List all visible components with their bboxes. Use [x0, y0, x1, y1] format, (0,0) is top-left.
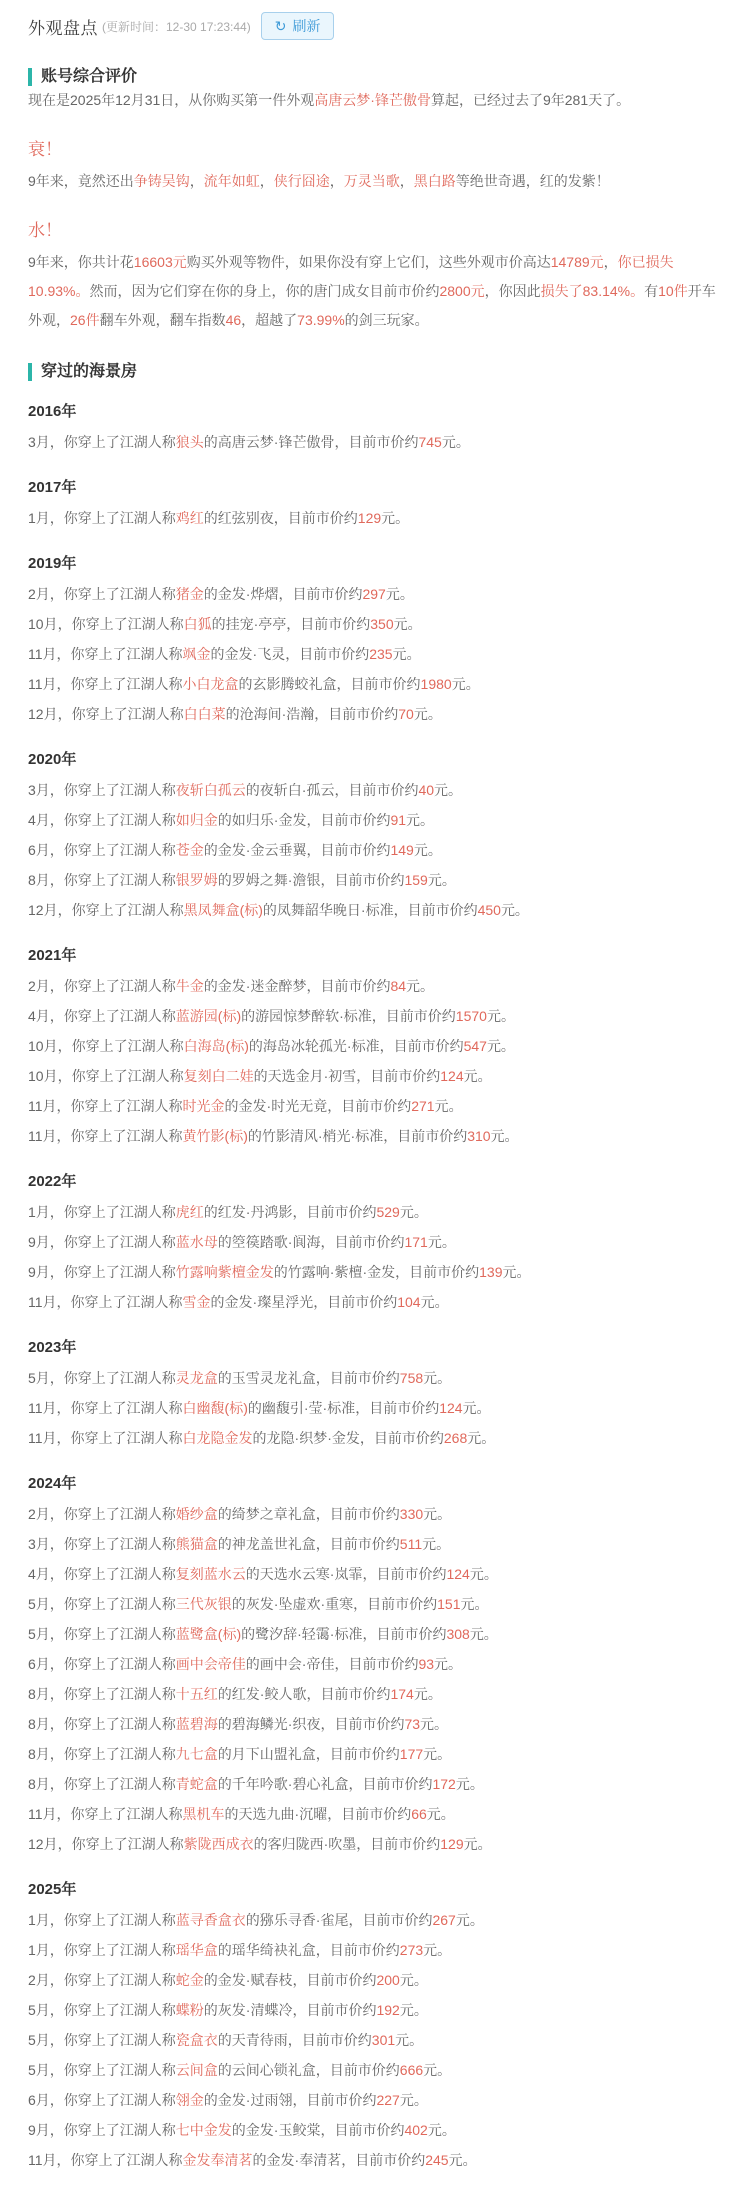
- item-name: 箜篌踏歌·阆海: [232, 1234, 321, 1250]
- item-price: 174: [390, 1686, 413, 1702]
- item-price: 172: [432, 1776, 455, 1792]
- year-section: 2019年2月，你穿上了江湖人称猪金的金发·烨熠，目前市价约297元。10月，你…: [28, 554, 728, 729]
- verdict-text: 购买外观等物件，如果你没有穿上它们，这些外观市价高达: [187, 254, 551, 270]
- item-alias: 七中金发: [176, 2122, 232, 2138]
- section-heading-wardrobe: 穿过的海景房: [28, 363, 728, 381]
- item-text: ，你穿上了江湖人称: [50, 586, 176, 602]
- item-row: 2月，你穿上了江湖人称猪金的金发·烨熠，目前市价约297元。: [28, 579, 728, 609]
- verdict-highlight: 73.99%: [297, 312, 344, 328]
- item-text: ，你穿上了江湖人称: [50, 1596, 176, 1612]
- item-alias: 雪金: [183, 1294, 211, 1310]
- item-text: ，你穿上了江湖人称: [50, 1566, 176, 1582]
- item-alias: 黑凤舞盒(标): [184, 902, 263, 918]
- item-text: ，你穿上了江湖人称: [50, 2032, 176, 2048]
- item-alias: 灵龙盒: [176, 1370, 218, 1386]
- item-row: 2月，你穿上了江湖人称牛金的金发·迷金醉梦，目前市价约84元。: [28, 971, 728, 1001]
- item-text: ，你穿上了江湖人称: [50, 1008, 176, 1024]
- item-price: 200: [376, 1972, 399, 1988]
- item-text: 元。: [406, 978, 434, 994]
- item-text: ，你穿上了江湖人称: [50, 1264, 176, 1280]
- item-alias: 牛金: [176, 978, 204, 994]
- item-text: 的: [225, 1806, 239, 1822]
- item-text: ，你穿上了江湖人称: [50, 510, 176, 526]
- item-row: 8月，你穿上了江湖人称十五红的红发·鲛人歌，目前市价约174元。: [28, 1679, 728, 1709]
- item-name: 月下山盟礼盒: [232, 1746, 316, 1762]
- item-text: 元。: [487, 1038, 515, 1054]
- item-name: 千年吟歌·碧心礼盒: [232, 1776, 349, 1792]
- item-month: 5月: [28, 1370, 50, 1386]
- item-month: 3月: [28, 782, 50, 798]
- item-month: 8月: [28, 1686, 50, 1702]
- item-month: 11月: [28, 1400, 57, 1416]
- item-text: ，你穿上了江湖人称: [50, 1942, 176, 1958]
- item-alias: 猪金: [176, 586, 204, 602]
- item-text: 的: [263, 902, 277, 918]
- item-month: 4月: [28, 1008, 50, 1024]
- item-name: 如归乐·金发: [232, 812, 307, 828]
- verdict-title: 水！: [28, 220, 728, 242]
- item-price: 301: [372, 2032, 395, 2048]
- item-month: 8月: [28, 872, 50, 888]
- item-text: ，你穿上了江湖人称: [57, 1128, 183, 1144]
- item-text: ，目前市价约: [383, 1128, 467, 1144]
- item-name: 鹭汐辞·轻霭·标准: [255, 1626, 362, 1642]
- item-text: 的: [204, 586, 218, 602]
- item-text: ，目前市价约: [314, 706, 398, 722]
- item-price: 402: [404, 2122, 427, 2138]
- item-text: 的: [212, 616, 226, 632]
- item-alias: 虎红: [176, 1204, 204, 1220]
- item-text: 元。: [467, 1430, 495, 1446]
- item-text: 元。: [395, 2032, 423, 2048]
- year-section: 2024年2月，你穿上了江湖人称婚纱盒的绮梦之章礼盒，目前市价约330元。3月，…: [28, 1474, 728, 1859]
- item-name: 夜斩白·孤云: [260, 782, 335, 798]
- verdict-highlight: 16603元: [134, 254, 187, 270]
- item-alias: 复刻白二娃: [184, 1068, 254, 1084]
- item-name: 红发·鲛人歌: [232, 1686, 307, 1702]
- item-text: 的: [218, 1234, 232, 1250]
- item-text: ，目前市价约: [353, 1596, 437, 1612]
- item-text: 元。: [456, 1912, 484, 1928]
- item-alias: 复刻蓝水云: [176, 1566, 246, 1582]
- item-text: 元。: [501, 902, 529, 918]
- item-alias: 蝶粉: [176, 2002, 204, 2018]
- item-text: 元。: [428, 1234, 456, 1250]
- item-month: 1月: [28, 1912, 50, 1928]
- intro-text: 算起，已经过去了9年281天了。: [431, 92, 630, 108]
- item-text: 元。: [400, 1204, 428, 1220]
- item-text: 的: [232, 2122, 246, 2138]
- item-alias: 黑机车: [183, 1806, 225, 1822]
- item-text: ，目前市价约: [380, 1038, 464, 1054]
- item-text: ，你穿上了江湖人称: [50, 872, 176, 888]
- item-text: ，目前市价约: [320, 2122, 404, 2138]
- item-month: 3月: [28, 434, 50, 450]
- item-text: 的: [246, 782, 260, 798]
- item-text: 的: [218, 1942, 232, 1958]
- item-text: 元。: [414, 842, 442, 858]
- item-row: 2月，你穿上了江湖人称蛇金的金发·赋春枝，目前市价约200元。: [28, 1965, 728, 1995]
- item-text: ，目前市价约: [292, 1204, 376, 1220]
- item-text: ，目前市价约: [274, 510, 358, 526]
- item-price: 245: [425, 2152, 448, 2168]
- item-month: 9月: [28, 1264, 50, 1280]
- item-price: 350: [370, 616, 393, 632]
- item-text: 元。: [420, 1716, 448, 1732]
- item-name: 红弦别夜: [218, 510, 274, 526]
- item-text: ，你穿上了江湖人称: [50, 1204, 176, 1220]
- item-row: 5月，你穿上了江湖人称云间盒的云间心锁礼盒，目前市价约666元。: [28, 2055, 728, 2085]
- item-text: 元。: [422, 1536, 450, 1552]
- item-alias: 翎金: [176, 2092, 204, 2108]
- item-text: ，目前市价约: [356, 1068, 440, 1084]
- item-text: 的: [232, 1596, 246, 1612]
- verdict-blocks: 衰！9年来，竟然还出争铸吴钩，流年如虹，侠行囧途，万灵当歌，黑白路等绝世奇遇，红…: [28, 139, 728, 335]
- item-name: 金发·奉清茗: [267, 2152, 342, 2168]
- item-text: ，目前市价约: [320, 872, 404, 888]
- item-alias: 瑶华盒: [176, 1942, 218, 1958]
- item-row: 11月，你穿上了江湖人称时光金的金发·时光无竟，目前市价约271元。: [28, 1091, 728, 1121]
- verdict-text: ，: [190, 173, 204, 189]
- item-alias: 三代灰银: [176, 1596, 232, 1612]
- item-text: 的: [218, 1686, 232, 1702]
- item-text: ，你穿上了江湖人称: [50, 2062, 176, 2078]
- item-alias: 鸡红: [176, 510, 204, 526]
- item-alias: 蓝鹭盒(标): [176, 1626, 241, 1642]
- item-text: ，你穿上了江湖人称: [57, 1294, 183, 1310]
- item-price: 235: [369, 646, 392, 662]
- item-price: 40: [418, 782, 434, 798]
- item-text: 的: [218, 1746, 232, 1762]
- item-text: 的: [204, 510, 218, 526]
- item-text: 的: [246, 1912, 260, 1928]
- item-month: 9月: [28, 1234, 50, 1250]
- year-section: 2020年3月，你穿上了江湖人称夜斩白孤云的夜斩白·孤云，目前市价约40元。4月…: [28, 750, 728, 925]
- verdict-highlight: 10件: [658, 283, 688, 299]
- item-alias: 白狐: [184, 616, 212, 632]
- item-name: 金发·时光无竟: [239, 1098, 328, 1114]
- item-price: 1570: [456, 1008, 487, 1024]
- item-row: 5月，你穿上了江湖人称蝶粉的灰发·清蝶冷，目前市价约192元。: [28, 1995, 728, 2025]
- item-alias: 白幽馥(标): [183, 1400, 248, 1416]
- item-text: ，目前市价约: [334, 434, 418, 450]
- item-name: 玉雪灵龙礼盒: [232, 1370, 316, 1386]
- verdict-title: 衰！: [28, 139, 728, 161]
- item-alias: 蓝水母: [176, 1234, 218, 1250]
- item-alias: 狼头: [176, 434, 204, 450]
- item-text: ，你穿上了江湖人称: [50, 1686, 176, 1702]
- item-price: 73: [404, 1716, 420, 1732]
- item-text: 元。: [470, 1626, 498, 1642]
- verdict-highlight: 黑白路: [414, 173, 456, 189]
- item-name: 神龙盖世礼盒: [232, 1536, 316, 1552]
- item-text: 元。: [487, 1008, 515, 1024]
- item-name: 天选金月·初雪: [268, 1068, 357, 1084]
- item-month: 12月: [28, 1836, 58, 1852]
- item-price: 171: [404, 1234, 427, 1250]
- item-price: 1980: [421, 676, 452, 692]
- verdict-text: ，: [400, 173, 414, 189]
- item-row: 12月，你穿上了江湖人称紫陇西成衣的客归陇西·吹墨，目前市价约129元。: [28, 1829, 728, 1859]
- item-text: 的: [274, 1264, 288, 1280]
- item-month: 11月: [28, 1430, 57, 1446]
- item-text: ，目前市价约: [348, 1776, 432, 1792]
- item-text: ，你穿上了江湖人称: [57, 1400, 183, 1416]
- item-text: 元。: [423, 1370, 451, 1386]
- item-text: 元。: [393, 646, 421, 662]
- item-text: 的: [253, 2152, 267, 2168]
- item-text: 的: [253, 1430, 267, 1446]
- verdict-highlight: 14789元: [551, 254, 604, 270]
- item-text: ，目前市价约: [288, 2032, 372, 2048]
- item-row: 9月，你穿上了江湖人称竹露响紫檀金发的竹露响·紫檀·金发，目前市价约139元。: [28, 1257, 728, 1287]
- refresh-label: 刷新: [292, 16, 320, 36]
- item-row: 9月，你穿上了江湖人称七中金发的金发·玉鲛棠，目前市价约402元。: [28, 2115, 728, 2145]
- item-text: ，目前市价约: [348, 1912, 432, 1928]
- verdict-text: 的剑三玩家。: [345, 312, 429, 328]
- item-month: 6月: [28, 2092, 50, 2108]
- item-month: 4月: [28, 812, 50, 828]
- item-alias: 银罗姆: [176, 872, 218, 888]
- item-row: 6月，你穿上了江湖人称翎金的金发·过雨翎，目前市价约227元。: [28, 2085, 728, 2115]
- item-name: 客归陇西·吹墨: [268, 1836, 357, 1852]
- item-price: 177: [400, 1746, 423, 1762]
- year-heading: 2023年: [28, 1338, 728, 1358]
- item-text: ，目前市价约: [341, 2152, 425, 2168]
- item-alias: 时光金: [183, 1098, 225, 1114]
- verdict-text: ，: [330, 173, 344, 189]
- item-text: ，目前市价约: [334, 1656, 418, 1672]
- item-price: 273: [400, 1942, 423, 1958]
- item-text: ，你穿上了江湖人称: [50, 1506, 176, 1522]
- item-name: 龙隐·织梦·金发: [267, 1430, 360, 1446]
- titlebar: 外观盘点 (更新时间：12-30 17:23:44) ↻ 刷新: [28, 12, 728, 40]
- year-section: 2021年2月，你穿上了江湖人称牛金的金发·迷金醉梦，目前市价约84元。4月，你…: [28, 946, 728, 1151]
- item-month: 8月: [28, 1776, 50, 1792]
- year-heading: 2020年: [28, 750, 728, 770]
- update-time: (更新时间：12-30 17:23:44): [102, 18, 251, 35]
- item-text: 的: [254, 1068, 268, 1084]
- item-price: 104: [397, 1294, 420, 1310]
- item-text: ，目前市价约: [360, 1430, 444, 1446]
- item-text: ，你穿上了江湖人称: [58, 706, 184, 722]
- item-month: 10月: [28, 616, 58, 632]
- item-text: 的: [204, 2092, 218, 2108]
- item-month: 8月: [28, 1746, 50, 1762]
- item-price: 129: [440, 1836, 463, 1852]
- item-text: ，你穿上了江湖人称: [50, 812, 176, 828]
- item-price: 93: [418, 1656, 434, 1672]
- item-row: 11月，你穿上了江湖人称雪金的金发·璨星浮光，目前市价约104元。: [28, 1287, 728, 1317]
- item-price: 330: [400, 1506, 423, 1522]
- year-heading: 2019年: [28, 554, 728, 574]
- item-row: 8月，你穿上了江湖人称银罗姆的罗姆之舞·澹银，目前市价约159元。: [28, 865, 728, 895]
- item-row: 11月，你穿上了江湖人称黑机车的天选九曲·沉曜，目前市价约66元。: [28, 1799, 728, 1829]
- item-name: 挂宠·亭亭: [226, 616, 287, 632]
- item-row: 12月，你穿上了江湖人称白白菜的沧海间·浩瀚，目前市价约70元。: [28, 699, 728, 729]
- item-text: 的: [204, 434, 218, 450]
- item-name: 猕乐寻香·雀尾: [260, 1912, 349, 1928]
- appearance-report-page: 外观盘点 (更新时间：12-30 17:23:44) ↻ 刷新 账号综合评价 现…: [0, 0, 756, 2203]
- item-month: 5月: [28, 1626, 50, 1642]
- item-month: 11月: [28, 646, 57, 662]
- item-text: 的: [218, 812, 232, 828]
- item-row: 8月，你穿上了江湖人称青蛇盒的千年吟歌·碧心礼盒，目前市价约172元。: [28, 1769, 728, 1799]
- item-alias: 蓝游园(标): [176, 1008, 241, 1024]
- item-price: 151: [437, 1596, 460, 1612]
- item-month: 11月: [28, 1098, 57, 1114]
- item-text: 元。: [381, 510, 409, 526]
- item-text: ，你穿上了江湖人称: [50, 1716, 176, 1732]
- item-text: ，目前市价约: [316, 1942, 400, 1958]
- item-text: 元。: [502, 1264, 530, 1280]
- item-text: ，你穿上了江湖人称: [50, 1536, 176, 1552]
- item-row: 9月，你穿上了江湖人称蓝水母的箜篌踏歌·阆海，目前市价约171元。: [28, 1227, 728, 1257]
- item-price: 129: [358, 510, 381, 526]
- item-row: 8月，你穿上了江湖人称蓝碧海的碧海鳞光·织夜，目前市价约73元。: [28, 1709, 728, 1739]
- item-text: 的: [248, 1128, 262, 1144]
- item-text: ，你穿上了江湖人称: [50, 1746, 176, 1762]
- item-text: ，你穿上了江湖人称: [50, 2122, 176, 2138]
- verdict-paragraph: 9年来，竟然还出争铸吴钩，流年如虹，侠行囧途，万灵当歌，黑白路等绝世奇遇，红的发…: [28, 167, 728, 196]
- item-text: ，目前市价约: [306, 1686, 390, 1702]
- item-text: ，目前市价约: [337, 676, 421, 692]
- verdict-highlight: 流年如虹: [204, 173, 260, 189]
- item-text: 元。: [427, 1806, 455, 1822]
- item-row: 10月，你穿上了江湖人称白狐的挂宠·亭亭，目前市价约350元。: [28, 609, 728, 639]
- item-text: ，目前市价约: [316, 1370, 400, 1386]
- item-month: 12月: [28, 706, 58, 722]
- item-row: 4月，你穿上了江湖人称蓝游园(标)的游园惊梦醉软·标准，目前市价约1570元。: [28, 1001, 728, 1031]
- item-row: 6月，你穿上了江湖人称画中会帝佳的画中会·帝佳，目前市价约93元。: [28, 1649, 728, 1679]
- item-text: 的: [204, 1204, 218, 1220]
- year-heading: 2017年: [28, 478, 728, 498]
- refresh-icon: ↻: [275, 19, 287, 33]
- item-text: 元。: [491, 1128, 519, 1144]
- item-price: 124: [446, 1566, 469, 1582]
- item-alias: 蓝寻香盒衣: [176, 1912, 246, 1928]
- item-text: 的: [204, 978, 218, 994]
- item-text: ，你穿上了江湖人称: [50, 1912, 176, 1928]
- item-text: ，目前市价约: [306, 978, 390, 994]
- item-name: 沧海间·浩瀚: [240, 706, 315, 722]
- item-price: 149: [390, 842, 413, 858]
- item-text: ，目前市价约: [292, 1972, 376, 1988]
- item-text: ，你穿上了江湖人称: [50, 1972, 176, 1988]
- item-month: 10月: [28, 1068, 58, 1084]
- item-row: 11月，你穿上了江湖人称黄竹影(标)的竹影清风·梢光·标准，目前市价约310元。: [28, 1121, 728, 1151]
- item-text: 元。: [423, 1506, 451, 1522]
- item-text: 元。: [456, 1776, 484, 1792]
- item-row: 5月，你穿上了江湖人称灵龙盒的玉雪灵龙礼盒，目前市价约758元。: [28, 1363, 728, 1393]
- item-row: 11月，你穿上了江湖人称白幽馥(标)的幽馥引·莹·标准，目前市价约124元。: [28, 1393, 728, 1423]
- item-text: 的: [241, 1008, 255, 1024]
- item-text: 元。: [442, 434, 470, 450]
- item-text: ，你穿上了江湖人称: [57, 2152, 183, 2168]
- verdict-text: 9年来，竟然还出: [28, 173, 134, 189]
- item-text: 元。: [464, 1836, 492, 1852]
- item-name: 瑶华绮袂礼盒: [232, 1942, 316, 1958]
- item-name: 天选水云寒·岚霏: [260, 1566, 363, 1582]
- item-price: 310: [467, 1128, 490, 1144]
- item-month: 11月: [28, 1806, 57, 1822]
- item-month: 2月: [28, 1972, 50, 1988]
- item-row: 5月，你穿上了江湖人称瓷盒衣的天青待雨，目前市价约301元。: [28, 2025, 728, 2055]
- item-month: 11月: [28, 2152, 57, 2168]
- item-price: 139: [479, 1264, 502, 1280]
- item-text: 元。: [428, 872, 456, 888]
- item-row: 3月，你穿上了江湖人称熊猫盒的神龙盖世礼盒，目前市价约511元。: [28, 1529, 728, 1559]
- item-row: 1月，你穿上了江湖人称鸡红的红弦别夜，目前市价约129元。: [28, 503, 728, 533]
- item-text: ，目前市价约: [306, 842, 390, 858]
- refresh-button[interactable]: ↻ 刷新: [261, 12, 335, 40]
- item-text: ，你穿上了江湖人称: [58, 1836, 184, 1852]
- verdict-highlight: 2800元: [439, 283, 484, 299]
- item-name: 凤舞韶华晚日·标准: [277, 902, 394, 918]
- item-row: 2月，你穿上了江湖人称婚纱盒的绮梦之章礼盒，目前市价约330元。: [28, 1499, 728, 1529]
- item-text: ，目前市价约: [356, 1836, 440, 1852]
- item-text: 元。: [394, 616, 422, 632]
- item-row: 11月，你穿上了江湖人称白龙隐金发的龙隐·织梦·金发，目前市价约268元。: [28, 1423, 728, 1453]
- item-alias: 白海岛(标): [184, 1038, 249, 1054]
- item-name: 玄影腾蛟礼盒: [253, 676, 337, 692]
- item-price: 308: [446, 1626, 469, 1642]
- item-text: 元。: [460, 1596, 488, 1612]
- item-text: 元。: [421, 1294, 449, 1310]
- item-text: ，你穿上了江湖人称: [50, 2092, 176, 2108]
- item-month: 2月: [28, 1506, 50, 1522]
- item-text: ，你穿上了江湖人称: [50, 1656, 176, 1672]
- item-alias: 瓷盒衣: [176, 2032, 218, 2048]
- item-text: ，目前市价约: [320, 1234, 404, 1250]
- item-name: 金发·璨星浮光: [225, 1294, 314, 1310]
- item-row: 5月，你穿上了江湖人称三代灰银的灰发·坠虚欢·重寒，目前市价约151元。: [28, 1589, 728, 1619]
- item-text: ，你穿上了江湖人称: [58, 1068, 184, 1084]
- item-text: ，目前市价约: [292, 2002, 376, 2018]
- item-alias: 十五红: [176, 1686, 218, 1702]
- item-alias: 画中会帝佳: [176, 1656, 246, 1672]
- item-month: 11月: [28, 1128, 57, 1144]
- item-text: ，目前市价约: [355, 1400, 439, 1416]
- item-month: 12月: [28, 902, 58, 918]
- verdict-text: 有: [644, 283, 658, 299]
- item-name: 海岛冰轮孤光·标准: [263, 1038, 380, 1054]
- item-text: ，你穿上了江湖人称: [58, 1038, 184, 1054]
- item-text: 的: [248, 1400, 262, 1416]
- item-alias: 紫陇西成衣: [184, 1836, 254, 1852]
- item-row: 3月，你穿上了江湖人称狼头的高唐云梦·锋芒傲骨，目前市价约745元。: [28, 427, 728, 457]
- item-text: ，你穿上了江湖人称: [50, 1234, 176, 1250]
- item-text: ，你穿上了江湖人称: [58, 902, 184, 918]
- item-row: 1月，你穿上了江湖人称蓝寻香盒衣的猕乐寻香·雀尾，目前市价约267元。: [28, 1905, 728, 1935]
- item-text: ，你穿上了江湖人称: [50, 978, 176, 994]
- item-name: 灰发·清蝶冷: [218, 2002, 293, 2018]
- item-month: 1月: [28, 1204, 50, 1220]
- section-heading-account-summary: 账号综合评价: [28, 68, 728, 86]
- item-row: 1月，你穿上了江湖人称瑶华盒的瑶华绮袂礼盒，目前市价约273元。: [28, 1935, 728, 1965]
- item-text: 元。: [449, 2152, 477, 2168]
- item-month: 6月: [28, 842, 50, 858]
- item-month: 1月: [28, 510, 50, 526]
- item-name: 罗姆之舞·澹银: [232, 872, 321, 888]
- item-name: 金发·烨熠: [218, 586, 279, 602]
- item-price: 268: [444, 1430, 467, 1446]
- item-text: ，目前市价约: [306, 812, 390, 828]
- item-price: 758: [400, 1370, 423, 1386]
- year-heading: 2016年: [28, 402, 728, 422]
- item-text: 的: [218, 1370, 232, 1386]
- intro-highlight: 高唐云梦·锋芒傲骨: [314, 92, 431, 108]
